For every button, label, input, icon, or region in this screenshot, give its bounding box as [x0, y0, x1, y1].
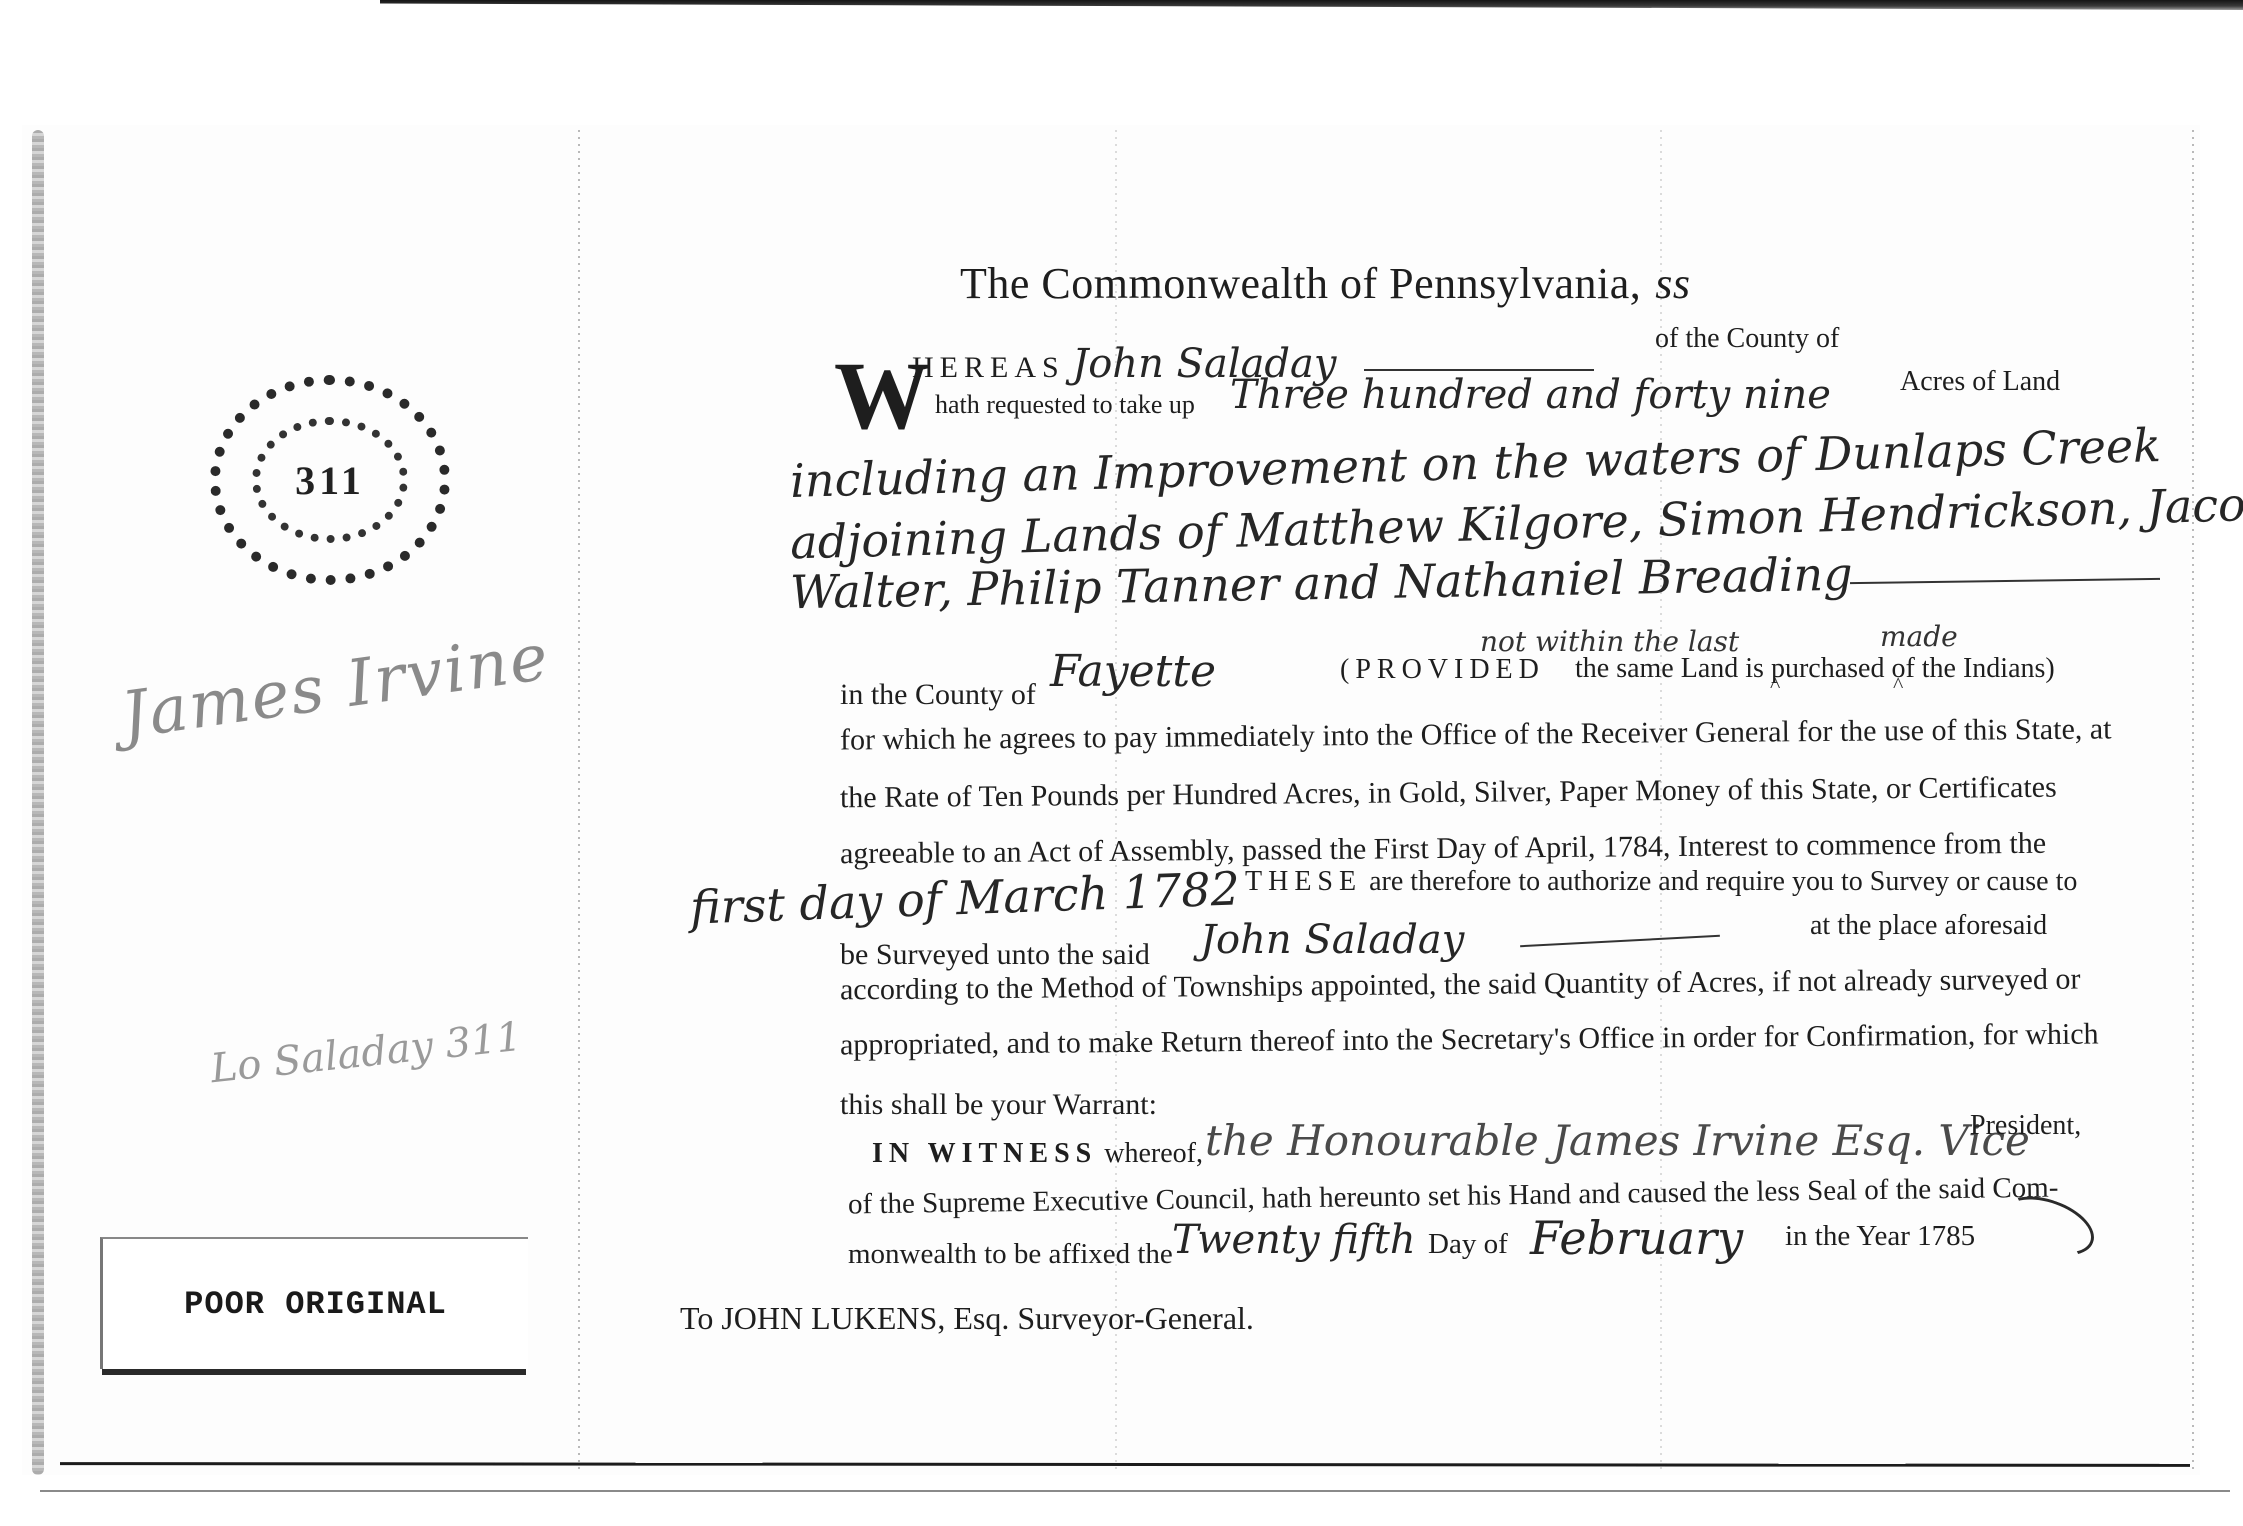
- title-mark: ss: [1655, 259, 1690, 308]
- these-line: THESE are therefore to authorize and req…: [1245, 868, 2077, 896]
- interest-date-handwritten: first day of March 1782: [689, 865, 1240, 930]
- year-value: 1785: [1917, 1220, 1975, 1252]
- title-text: The Commonwealth of Pennsylvania,: [960, 259, 1641, 308]
- county-label: in the County of: [840, 680, 1036, 710]
- witness-whereof: whereof,: [1104, 1138, 1203, 1169]
- blank-rule: [1364, 369, 1594, 371]
- witness-handwritten: the Honourable James Irvine Esq. Vice: [1205, 1120, 2030, 1162]
- council-line: of the Supreme Executive Council, hath h…: [848, 1174, 2059, 1220]
- president-label: President,: [1970, 1112, 2081, 1140]
- addressee: To JOHN LUKENS, Esq. Surveyor-General.: [680, 1300, 1254, 1337]
- document-title: The Commonwealth of Pennsylvania,ss: [960, 258, 1691, 309]
- provided-rest: the same Land is purchased of the Indian…: [1575, 655, 2055, 683]
- surveyed-name: John Saladay: [1200, 920, 1464, 960]
- day-handwritten: Twenty fifth: [1172, 1220, 1416, 1260]
- body-line: this shall be your Warrant:: [840, 1090, 1157, 1120]
- witness-label: IN WITNESS: [872, 1138, 1097, 1169]
- county-of-label: of the County of: [1655, 325, 1839, 353]
- blank-rule: [1850, 578, 2160, 584]
- month-handwritten: February: [1530, 1215, 1743, 1261]
- body-line: agreeable to an Act of Assembly, passed …: [840, 829, 2046, 870]
- day-of-label: Day of: [1428, 1230, 1508, 1259]
- body-line: for which he agrees to pay immediately i…: [840, 714, 2112, 755]
- acreage-handwritten: Three hundred and forty nine: [1230, 375, 1831, 415]
- these-label: THESE: [1245, 866, 1362, 897]
- provided-label: (PROVIDED: [1340, 656, 1545, 684]
- year-label: in the Year: [1785, 1220, 1910, 1252]
- place-label: at the place aforesaid: [1810, 912, 2047, 940]
- blank-rule: [1520, 935, 1720, 947]
- county-handwritten: Fayette: [1050, 650, 1216, 694]
- warrant-text: The Commonwealth of Pennsylvania,ss W HE…: [0, 0, 2243, 1526]
- affixed-label: monwealth to be affixed the: [848, 1240, 1173, 1269]
- surveyed-label: be Surveyed unto the said: [840, 940, 1150, 970]
- witness-line: IN WITNESS whereof,: [872, 1140, 1203, 1168]
- body-line: appropriated, and to make Return thereof…: [840, 1020, 2099, 1061]
- acres-label: Acres of Land: [1900, 368, 2060, 396]
- these-rest: are therefore to authorize and require y…: [1369, 866, 2077, 897]
- body-line: the Rate of Ten Pounds per Hundred Acres…: [840, 773, 2057, 814]
- whereas-label: HEREAS: [912, 351, 1065, 384]
- year-line: in the Year 1785: [1785, 1222, 1975, 1251]
- interlineation-made: made: [1880, 620, 1958, 653]
- requested-label: hath requested to take up: [935, 392, 1195, 418]
